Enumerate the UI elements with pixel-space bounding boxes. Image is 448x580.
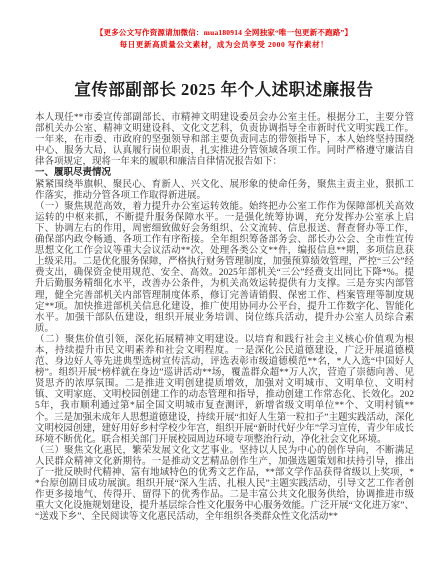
promo-banner: 【更多公文写作资源请加微信：mua180914 全网独家“唯一包更新不跑路”】 … (0, 0, 448, 51)
section-heading-1: 一、履职尽责情况 (35, 168, 414, 179)
document-body: 本人现任**市委宣传部副部长、市精神文明建设委员会办公室主任。根据分工，主要分管… (35, 113, 414, 523)
paragraph-point-1: （一）聚焦规范高效，着力提升办公室运转效能。始终把办公室工作作为保障部机关高效运… (35, 202, 414, 335)
paragraph-point-3: （三）聚焦文化惠民，繁荣发展文化文艺事业。坚持以人民为中心的创作导向，不断满足人… (35, 446, 414, 524)
document-title: 宣传部副部长 2025 年个人述职述廉报告 (0, 76, 448, 100)
promo-line-2: 每日更新高质量公文素材，成为会员享受 2000 写作素材！ (0, 39, 448, 51)
paragraph-point-2: （二）聚焦价值引领，深化拓展精神文明建设。以培育和践行社会主义核心价值观为根本，… (35, 335, 414, 446)
paragraph-intro: 本人现任**市委宣传部副部长、市精神文明建设委员会办公室主任。根据分工，主要分管… (35, 113, 414, 168)
promo-line-1: 【更多公文写作资源请加微信：mua180914 全网独家“唯一包更新不跑路”】 (0, 27, 448, 39)
paragraph-overview: 紧紧围绕举旗帜、聚民心、育新人、兴文化、展形象的使命任务，聚焦主责主业，狠抓工作… (35, 180, 414, 202)
document-page: 【更多公文写作资源请加微信：mua180914 全网独家“唯一包更新不跑路”】 … (0, 0, 448, 580)
